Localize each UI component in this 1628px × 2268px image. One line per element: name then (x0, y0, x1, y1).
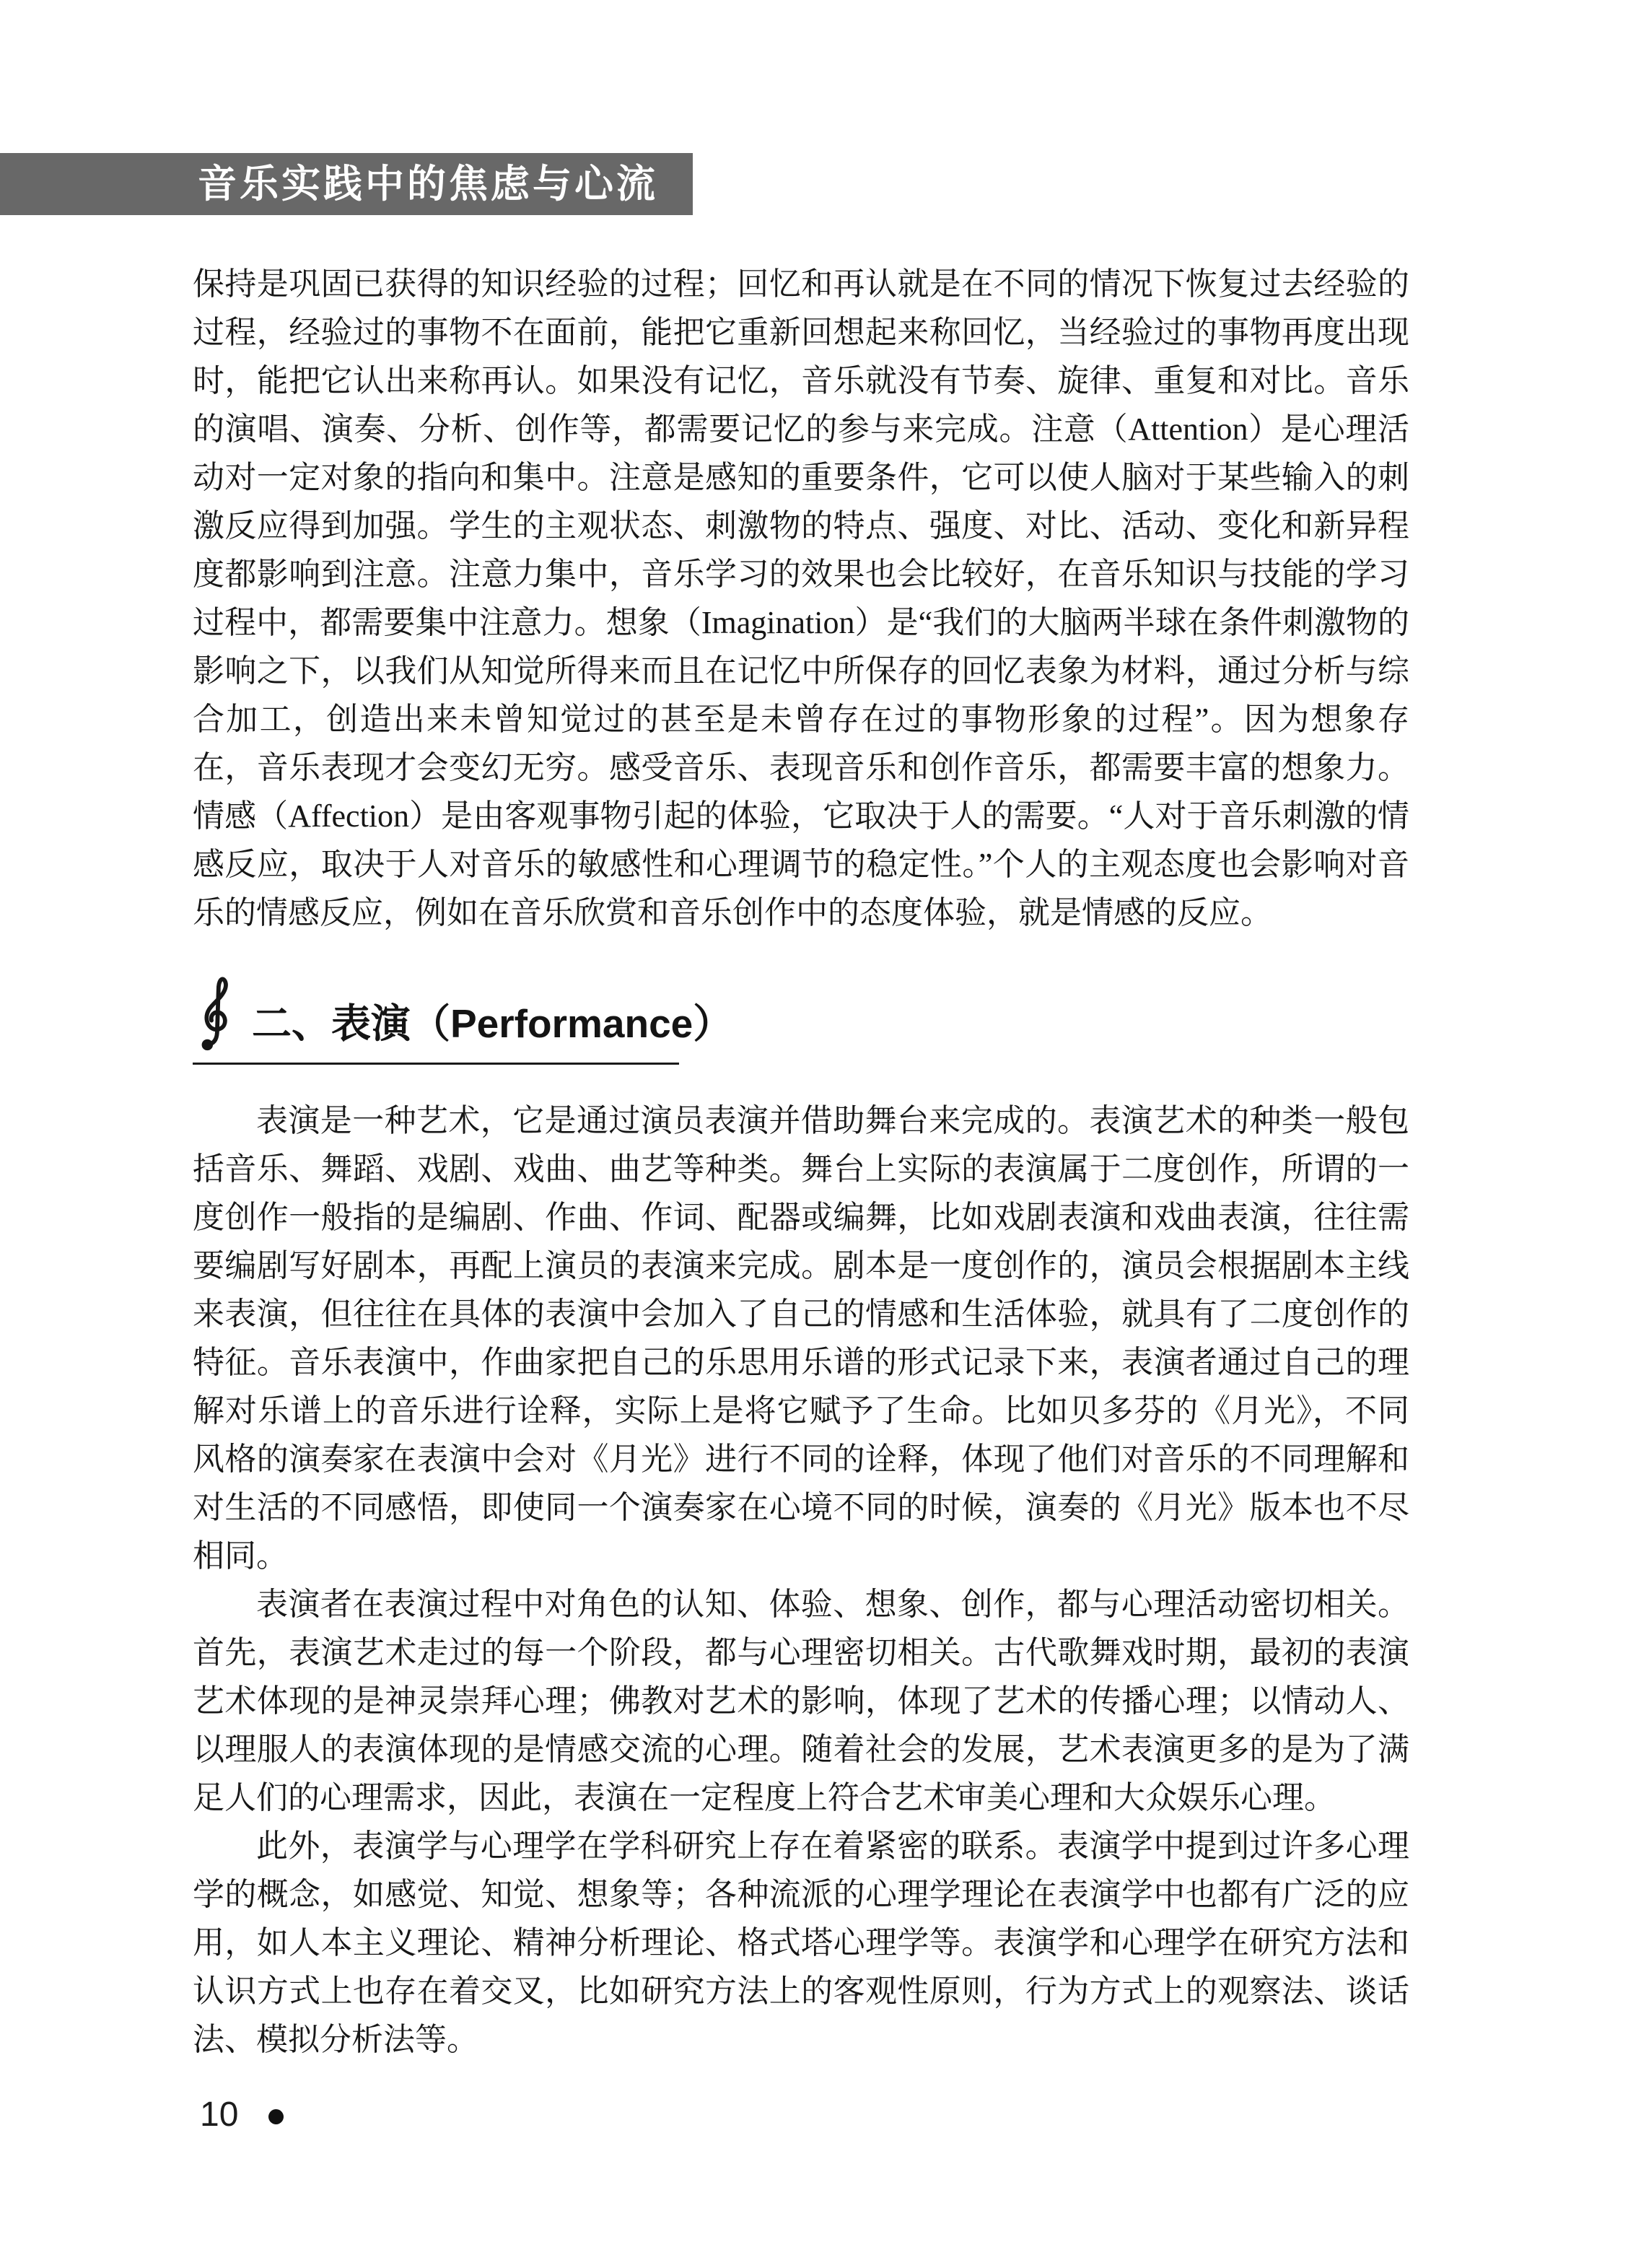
body-text: 保持是巩固已获得的知识经验的过程；回忆和再认就是在不同的情况下恢复过去经验的过程… (193, 260, 1409, 2064)
page-number-value: 10 (200, 2095, 238, 2134)
section-heading: 二、表演（Performance） (193, 973, 679, 1065)
chapter-banner-title: 音乐实践中的焦虑与心流 (198, 153, 658, 215)
page-number-bullet (268, 2109, 284, 2124)
paragraph-1: 保持是巩固已获得的知识经验的过程；回忆和再认就是在不同的情况下恢复过去经验的过程… (193, 260, 1409, 937)
paragraph-3: 表演者在表演过程中对角色的认知、体验、想象、创作，都与心理活动密切相关。首先，表… (193, 1580, 1409, 1822)
section-heading-label: 二、表演（Performance） (252, 1004, 732, 1044)
book-page: 音乐实践中的焦虑与心流 保持是巩固已获得的知识经验的过程；回忆和再认就是在不同的… (0, 0, 1628, 2268)
chapter-banner: 音乐实践中的焦虑与心流 (0, 153, 693, 215)
paragraph-4: 此外，表演学与心理学在学科研究上存在着紧密的联系。表演学中提到过许多心理学的概念… (193, 1822, 1409, 2064)
treble-clef-icon (197, 973, 230, 1054)
page-number: 10 (200, 2095, 284, 2134)
paragraph-2: 表演是一种艺术，它是通过演员表演并借助舞台来完成的。表演艺术的种类一般包括音乐、… (193, 1096, 1409, 1580)
